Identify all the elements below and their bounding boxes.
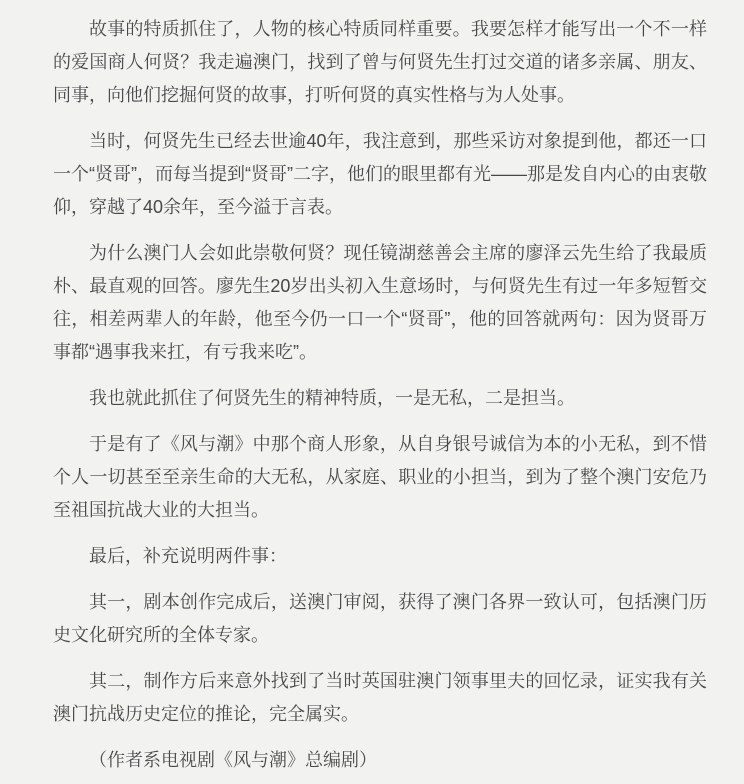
paragraph: 为什么澳门人会如此崇敬何贤？现任镜湖慈善会主席的廖泽云先生给了我最质朴、最直观的… bbox=[53, 237, 707, 369]
paragraph: （作者系电视剧《风与潮》总编剧） bbox=[53, 744, 707, 777]
paragraph: 其二，制作方后来意外找到了当时英国驻澳门领事里夫的回忆录，证实我有关澳门抗战历史… bbox=[53, 665, 707, 731]
paragraph: 于是有了《风与潮》中那个商人形象，从自身银号诚信为本的小无私，到不惜个人一切甚至… bbox=[53, 428, 707, 527]
paragraph: 最后，补充说明两件事： bbox=[53, 540, 707, 573]
paragraph: 故事的特质抓住了，人物的核心特质同样重要。我要怎样才能写出一个不一样的爱国商人何… bbox=[53, 13, 707, 112]
paragraph: 当时，何贤先生已经去世逾40年，我注意到，那些采访对象提到他，都还一口一个“贤哥… bbox=[53, 125, 707, 224]
paragraph: 我也就此抓住了何贤先生的精神特质，一是无私，二是担当。 bbox=[53, 382, 707, 415]
article-body: 故事的特质抓住了，人物的核心特质同样重要。我要怎样才能写出一个不一样的爱国商人何… bbox=[53, 13, 707, 777]
paragraph: 其一，剧本创作完成后，送澳门审阅，获得了澳门各界一致认可，包括澳门历史文化研究所… bbox=[53, 586, 707, 652]
article-page: 故事的特质抓住了，人物的核心特质同样重要。我要怎样才能写出一个不一样的爱国商人何… bbox=[0, 0, 744, 784]
